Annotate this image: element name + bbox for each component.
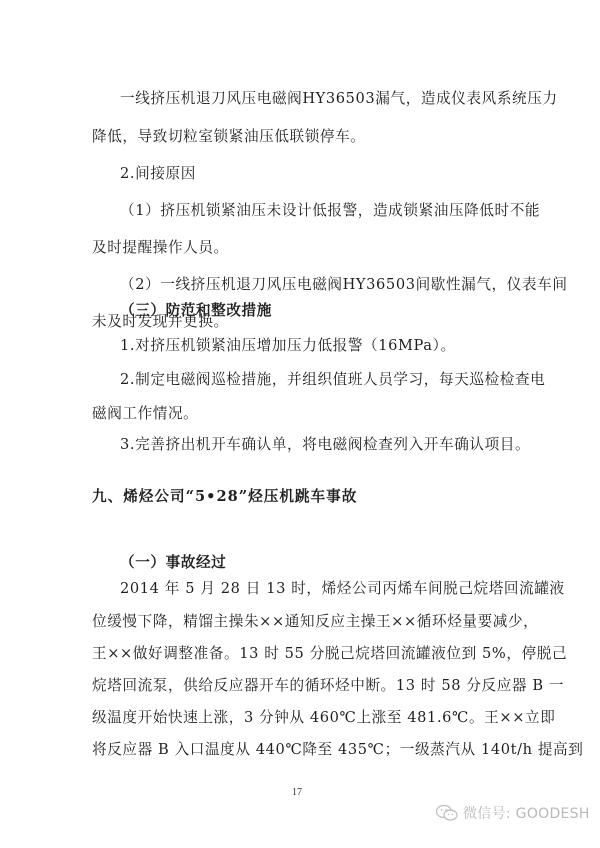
watermark: 微信号: GOODESH <box>435 803 590 823</box>
paragraph-line: 将反应器 B 入口温度从 440℃降至 435℃；一级蒸汽从 140t/h 提高… <box>92 741 583 759</box>
paragraph-line: （1）挤压机锁紧油压未设计低报警，造成锁紧油压降低时不能 <box>120 202 540 220</box>
chapter-heading: 九、烯烃公司“5•28”烃压机跳车事故 <box>92 488 357 506</box>
paragraph-line: 一线挤压机退刀风压电磁阀HY36503漏气，造成仪表风系统压力 <box>120 90 558 108</box>
paragraph-line: 降低，导致切粒室锁紧油压低联锁停车。 <box>92 128 366 146</box>
subheading-indirect-cause: 2.间接原因 <box>120 165 196 183</box>
page-number: 17 <box>292 787 302 798</box>
paragraph-line: 2.制定电磁阀巡检措施，并组织值班人员学习，每天巡检检查电 <box>120 371 545 389</box>
section-heading-accident-process: （一）事故经过 <box>120 554 226 572</box>
paragraph-line: 3.完善挤出机开车确认单，将电磁阀检查列入开车确认项目。 <box>120 436 530 454</box>
section-heading-measures: （三）防范和整改措施 <box>120 302 272 320</box>
paragraph-line: 位缓慢下降，精馏主操朱××通知反应主操王××循环烃量要减少， <box>92 613 538 631</box>
paragraph-line: 烷塔回流泵，供给反应器开车的循环烃中断。13 时 58 分反应器 B 一 <box>92 677 564 695</box>
paragraph-line: 及时提醒操作人员。 <box>92 239 229 257</box>
paragraph-line: 2014 年 5 月 28 日 13 时，烯烃公司丙烯车间脱己烷塔回流罐液 <box>120 580 565 598</box>
paragraph-line: 王××做好调整准备。13 时 55 分脱己烷塔回流罐液位到 5%，停脱己 <box>92 645 567 663</box>
paragraph-line: 1.对挤压机锁紧油压增加压力低报警（16MPa）。 <box>120 337 456 355</box>
paragraph-line: 磁阀工作情况。 <box>92 405 198 423</box>
paragraph-line: 级温度开始快速上涨，3 分钟从 460℃上涨至 481.6℃。王××立即 <box>92 709 555 727</box>
document-page: 一线挤压机退刀风压电磁阀HY36503漏气，造成仪表风系统压力 降低，导致切粒室… <box>0 0 600 848</box>
watermark-label: 微信号: GOODESH <box>463 803 590 823</box>
wechat-icon <box>435 804 459 822</box>
paragraph-line: （2）一线挤压机退刀风压电磁阀HY36503间歇性漏气，仪表车间 <box>120 276 568 294</box>
